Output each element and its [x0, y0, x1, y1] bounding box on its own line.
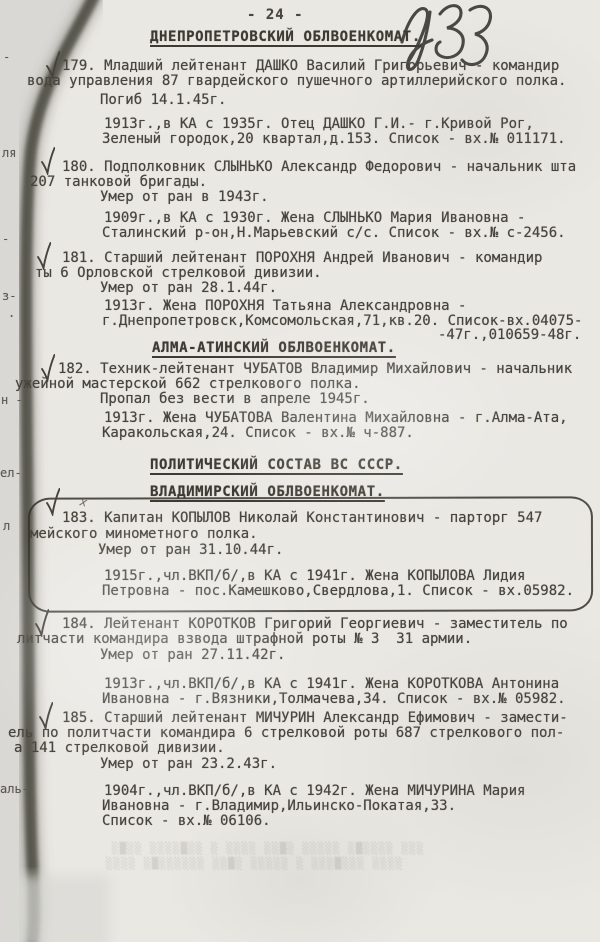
entry-181-line: ты 6 Орловской стрелковой дивизии.	[35, 266, 322, 280]
entry-182-line: 182. Техник-лейтенант ЧУБАТОВ Владимир М…	[58, 362, 572, 376]
entry-184-line: Умер от ран 27.11.42г.	[100, 648, 285, 662]
margin-fragment: аль-	[0, 782, 29, 796]
entry-179-line: 1913г.,в КА с 1935г. Отец ДАШКО Г.И.- г.…	[104, 117, 534, 131]
entry-180-line: Умер от ран в 1943г.	[100, 190, 269, 204]
entry-181-line: -47г.,010659-48г.	[438, 328, 581, 342]
entry-184-line: литчасти командира взвода штрафной роты …	[17, 632, 472, 646]
entry-184-line: 1913г.,чл.ВКП/б/,в КА с 1941г. Жена КОРО…	[104, 677, 559, 691]
margin-fragment: ля	[2, 146, 16, 160]
margin-fragment: -	[2, 232, 9, 246]
pencil-mark: х	[79, 494, 89, 509]
bleedthrough-line: ░░░░ ░▒░░░░░░ ░░▒░ ░░░░░ ░ ░░░▒░░░ ░░░░	[106, 857, 403, 870]
entry-180-line: 207 танковой бригады.	[30, 175, 207, 189]
entry-183-line: мейского минометного полка.	[30, 527, 258, 541]
entry-182-line: Каракольская,24. Список - вх.№ ч-887.	[102, 426, 414, 440]
entry-181-line: г.Днепропетровск,Комсомольская,71,кв.20.…	[102, 314, 582, 328]
entry-183-line: 183. Капитан КОПЫЛОВ Николай Константино…	[62, 511, 542, 525]
checkmark-icon	[45, 487, 60, 520]
entry-182-line: Пропал без вести в апреле 1945г.	[100, 392, 370, 406]
entry-185-line: Ивановна - г.Владимир,Ильинско-Покатая,3…	[102, 799, 456, 813]
entry-183-line: Петровна - пос.Камешково,Свердлова,1. Сп…	[102, 584, 574, 598]
margin-fragment: -	[3, 50, 10, 64]
entry-181-line: Умер от ран 28.1.44г.	[100, 281, 277, 295]
entry-180-line: 1909г.,в КА с 1930г. Жена СЛЫНЬКО Мария …	[104, 211, 525, 225]
entry-179-line: Погиб 14.1.45г.	[100, 93, 226, 107]
entry-182-line: 1913г. Жена ЧУБАТОВА Валентина Михайловн…	[104, 411, 568, 425]
entry-179-line: Зеленый городок,20 квартал,д.153. Список…	[102, 132, 566, 146]
entry-185-line: Список - вх.№ 06106.	[102, 814, 271, 828]
section-title: ВЛАДИМИРСКИЙ ОБЛВОЕНКОМАТ.	[150, 485, 385, 499]
section-title: ДНЕПРОПЕТРОВСКИЙ ОБЛВОЕНКОМАТ.	[150, 30, 421, 44]
entry-185-line: ель по политчасти командира 6 стрелковой…	[8, 726, 564, 740]
entry-185-line: 185. Старший лейтенант МИЧУРИН Александр…	[62, 711, 568, 725]
margin-fragment: з-	[2, 289, 16, 303]
entry-180-line: 180. Подполковник СЛЫНЬКО Александр Федо…	[62, 160, 576, 174]
section-title: ПОЛИТИЧЕСКИЙ СОСТАВ ВС СССР.	[150, 458, 403, 472]
margin-fragment: .	[8, 306, 15, 320]
entry-179-line: 179. Младший лейтенант ДАШКО Василий Гри…	[62, 59, 559, 73]
entry-180-line: Сталинский р-он,Н.Марьевский с/с. Список…	[102, 226, 566, 240]
entry-181-line: 181. Старший лейтенант ПОРОХНЯ Андрей Ив…	[62, 251, 542, 265]
margin-fragment: н -	[1, 393, 23, 407]
page-number: - 24 -	[247, 7, 304, 23]
entry-184-line: 184. Лейтенант КОРОТКОВ Григорий Георгие…	[62, 617, 568, 631]
entry-185-line: Умер от ран 23.2.43г.	[100, 757, 277, 771]
margin-fragment: л	[3, 519, 10, 533]
entry-182-line: ужейной мастерской 662 стрелкового полка…	[15, 377, 361, 391]
entry-181-line: 1913г. Жена ПОРОХНЯ Татьяна Александровн…	[104, 299, 466, 313]
section-title: АЛМА-АТИНСКИЙ ОБЛВОЕНКОМАТ.	[152, 341, 396, 355]
entry-179-line: вода управления 87 гвардейского пушечног…	[27, 74, 566, 88]
entry-183-line: Умер от ран 31.10.44г.	[98, 543, 283, 557]
entry-183-line: 1915г.,чл.ВКП/б/,в КА с 1941г. Жена КОПЫ…	[104, 569, 525, 583]
document-page: - 24 - х ДНЕПРОПЕТРОВСКИЙ ОБЛВОЕНКОМАТ.1…	[0, 0, 600, 942]
entry-185-line: 1904г.,чл.ВКП/б/,в КА с 1942г. Жена МИЧУ…	[104, 784, 525, 798]
entry-184-line: Ивановна - г.Вязники,Толмачева,34. Списо…	[102, 692, 566, 706]
entry-185-line: а 141 стрелковой дивизии.	[14, 741, 225, 755]
margin-fragment: ел-	[0, 466, 22, 480]
bleedthrough-line: ░▒░░ ░░░░▒░░ ░ ░░░░ ░░▒░ ░░░░░ ░▒░░░░ ░░…	[112, 842, 425, 855]
